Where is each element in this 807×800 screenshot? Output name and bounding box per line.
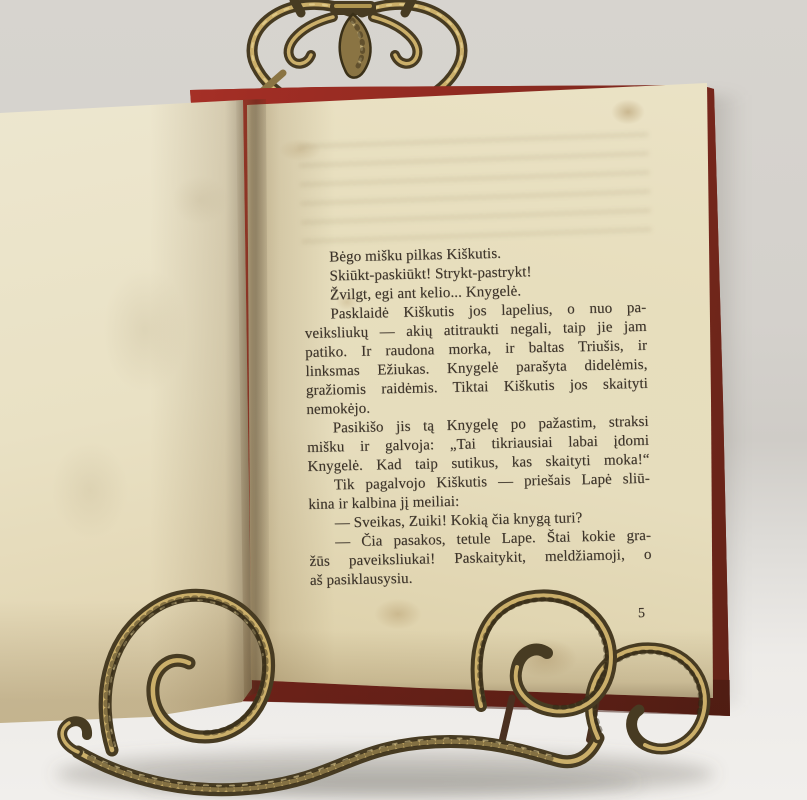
stand-shadow bbox=[55, 750, 715, 798]
left-scroll-foot bbox=[105, 595, 268, 750]
photo-scene: Bėgo mišku pilkas Kiškutis.Skiūkt-paskiū… bbox=[0, 0, 807, 800]
book-stand-base bbox=[0, 560, 807, 800]
show-through-text bbox=[298, 132, 651, 248]
page-text-lines: Bėgo mišku pilkas Kiškutis.Skiūkt-paskiū… bbox=[303, 242, 652, 591]
right-scroll-foot bbox=[477, 595, 611, 711]
fleur-de-lis-finial bbox=[289, 0, 418, 78]
